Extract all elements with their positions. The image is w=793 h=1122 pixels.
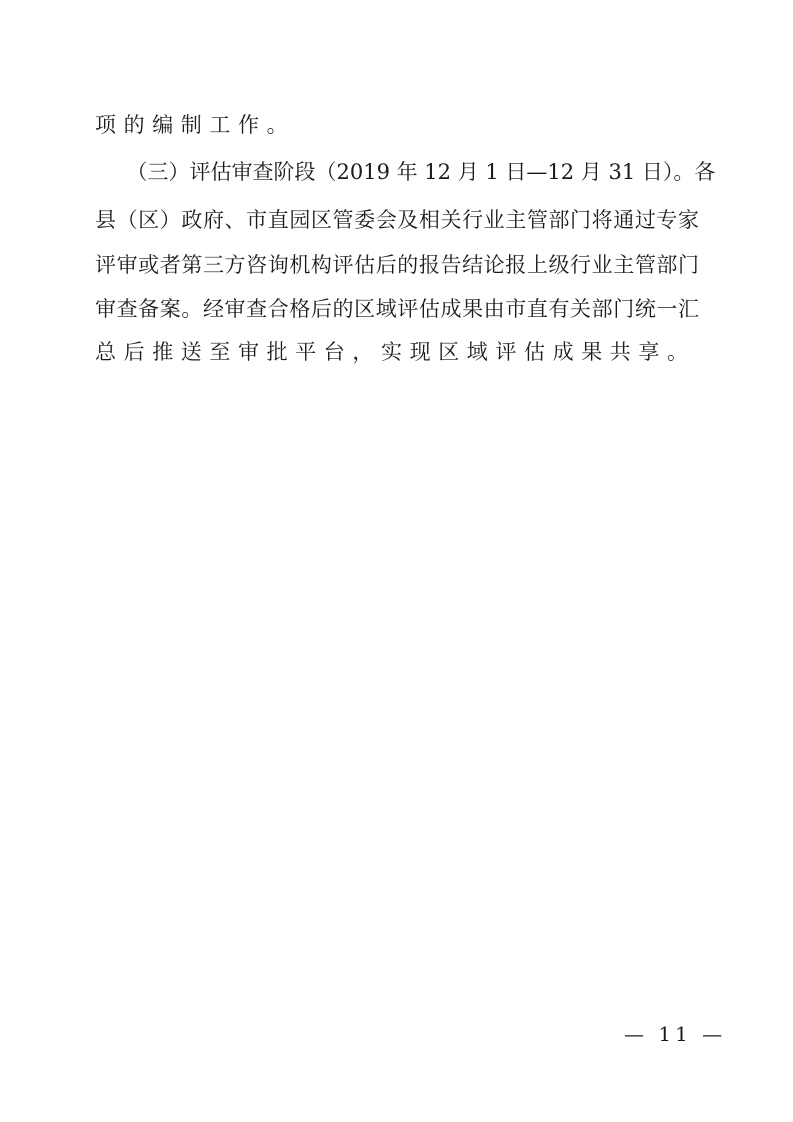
text-line: 审查备案。经审查合格后的区域评估成果由市直有关部门统一汇 — [95, 295, 699, 323]
text-line: 项的编制工作。 — [95, 111, 699, 139]
section-heading-line: （三）评估审查阶段（2019 年 12 月 1 日—12 月 31 日）。各 — [95, 158, 699, 186]
text-line: 评审或者第三方咨询机构评估后的报告结论报上级行业主管部门 — [95, 251, 699, 279]
document-page: 项的编制工作。 （三）评估审查阶段（2019 年 12 月 1 日—12 月 3… — [0, 0, 793, 1122]
text-line: 县（区）政府、市直园区管委会及相关行业主管部门将通过专家 — [95, 206, 699, 234]
text-line: 总后推送至审批平台，实现区域评估成果共享。 — [95, 338, 699, 366]
page-number: — 11 — — [624, 1022, 726, 1046]
